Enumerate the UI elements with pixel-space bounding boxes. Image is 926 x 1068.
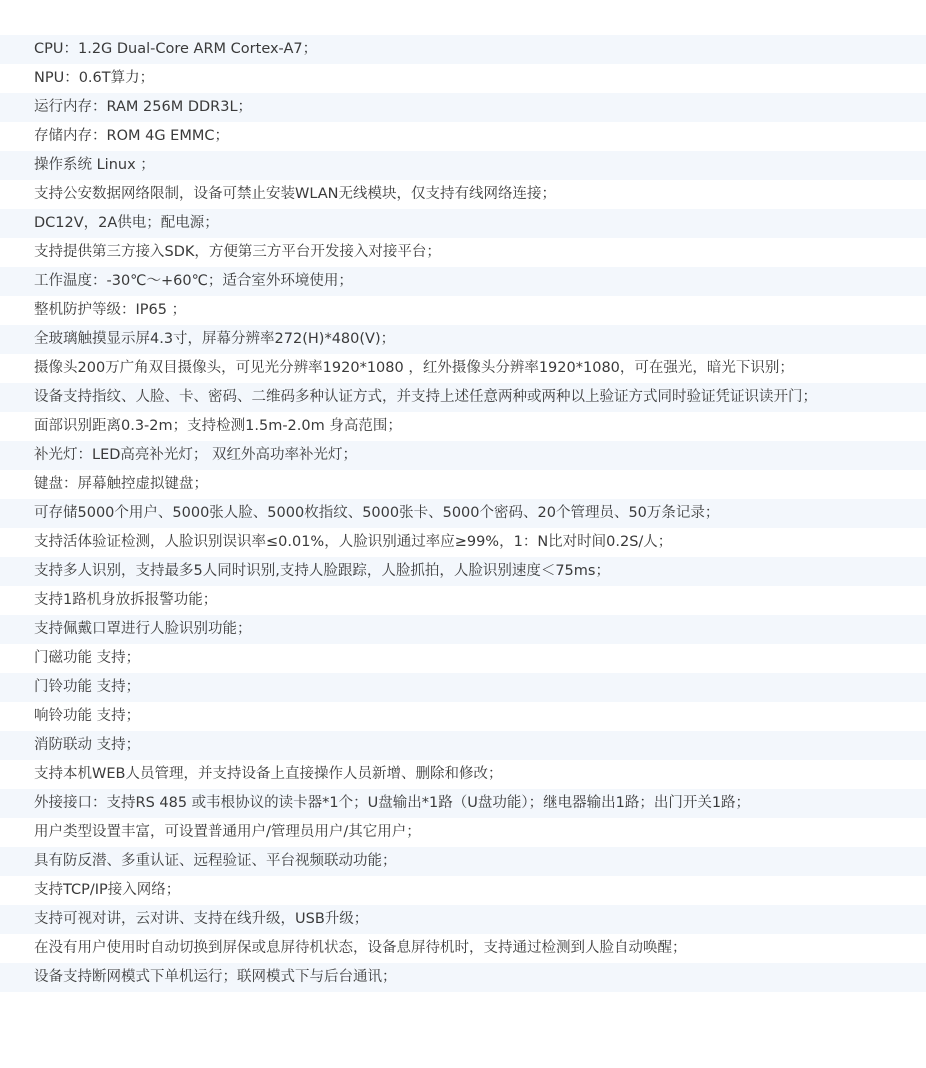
spec-row-auth-methods: 设备支持指纹、人脸、卡、密码、二维码多种认证方式，并支持上述任意两种或两种以上验… (0, 383, 926, 412)
spec-row-rom: 存储内存：ROM 4G EMMC； (0, 122, 926, 151)
spec-row-sdk: 支持提供第三方接入SDK，方便第三方平台开发接入对接平台； (0, 238, 926, 267)
spec-list: CPU：1.2G Dual-Core ARM Cortex-A7； NPU：0.… (0, 35, 926, 992)
spec-row-interfaces: 外接接口：支持RS 485 或韦根协议的读卡器*1个；U盘输出*1路（U盘功能）… (0, 789, 926, 818)
spec-row-keyboard: 键盘：屏幕触控虚拟键盘； (0, 470, 926, 499)
spec-row-os: 操作系统 Linux ； (0, 151, 926, 180)
spec-row-offline-mode: 设备支持断网模式下单机运行；联网模式下与后台通讯； (0, 963, 926, 992)
spec-row-cpu: CPU：1.2G Dual-Core ARM Cortex-A7； (0, 35, 926, 64)
spec-row-camera: 摄像头200万广角双目摄像头，可见光分辨率1920*1080 ，红外摄像头分辨率… (0, 354, 926, 383)
spec-row-display: 全玻璃触摸显示屏4.3寸，屏幕分辨率272(H)*480(V)； (0, 325, 926, 354)
spec-row-npu: NPU：0.6T算力； (0, 64, 926, 93)
spec-row-fire-linkage: 消防联动 支持； (0, 731, 926, 760)
spec-row-temperature: 工作温度：-30℃～+60℃；适合室外环境使用； (0, 267, 926, 296)
spec-row-liveness: 支持活体验证检测，人脸识别误识率≤0.01%，人脸识别通过率应≥99%，1：N比… (0, 528, 926, 557)
spec-row-fill-light: 补光灯：LED高亮补光灯； 双红外高功率补光灯； (0, 441, 926, 470)
spec-row-tcpip: 支持TCP/IP接入网络； (0, 876, 926, 905)
spec-row-storage-capacity: 可存储5000个用户、5000张人脸、5000枚指纹、5000张卡、5000个密… (0, 499, 926, 528)
spec-row-intercom: 支持可视对讲，云对讲、支持在线升级，USB升级； (0, 905, 926, 934)
spec-row-power: DC12V，2A供电；配电源； (0, 209, 926, 238)
spec-row-mask: 支持佩戴口罩进行人脸识别功能； (0, 615, 926, 644)
spec-row-multi-person: 支持多人识别，支持最多5人同时识别,支持人脸跟踪，人脸抓拍，人脸识别速度＜75m… (0, 557, 926, 586)
spec-row-ringer: 响铃功能 支持； (0, 702, 926, 731)
spec-row-anti-passback: 具有防反潜、多重认证、远程验证、平台视频联动功能； (0, 847, 926, 876)
spec-row-web-management: 支持本机WEB人员管理，并支持设备上直接操作人员新增、删除和修改； (0, 760, 926, 789)
spec-row-network-restriction: 支持公安数据网络限制，设备可禁止安装WLAN无线模块，仅支持有线网络连接； (0, 180, 926, 209)
spec-row-protection: 整机防护等级：IP65 ； (0, 296, 926, 325)
spec-row-tamper-alarm: 支持1路机身放拆报警功能； (0, 586, 926, 615)
spec-row-doorbell: 门铃功能 支持； (0, 673, 926, 702)
spec-row-ram: 运行内存：RAM 256M DDR3L； (0, 93, 926, 122)
spec-row-standby: 在没有用户使用时自动切换到屏保或息屏待机状态，设备息屏待机时，支持通过检测到人脸… (0, 934, 926, 963)
spec-row-door-sensor: 门磁功能 支持； (0, 644, 926, 673)
spec-row-user-types: 用户类型设置丰富，可设置普通用户/管理员用户/其它用户； (0, 818, 926, 847)
spec-row-face-distance: 面部识别距离0.3-2m；支持检测1.5m-2.0m 身高范围； (0, 412, 926, 441)
